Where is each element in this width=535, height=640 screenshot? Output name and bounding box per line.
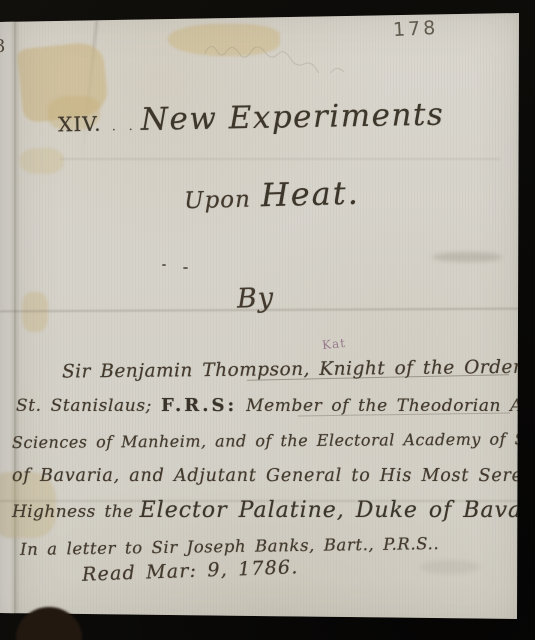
author-line-5: Highness theElector Palatine, Duke of Ba… bbox=[12, 498, 535, 523]
byline: By bbox=[236, 282, 274, 314]
paper-smudge bbox=[432, 252, 502, 262]
page-number: 178 bbox=[392, 17, 438, 41]
author-line-3: Sciences of Manheim, and of the Electora… bbox=[12, 429, 535, 452]
margin-mark: 3 bbox=[0, 36, 5, 57]
title-line: XIV.. .New Experiments bbox=[58, 97, 445, 140]
author-line-2: St. Stanislaus; F.R.S: Member of the The… bbox=[16, 395, 535, 416]
manuscript-page: 178 3 Kat XIV.. .New Experiments UponHea… bbox=[0, 0, 535, 640]
author-line-2-frs: F.R.S: bbox=[161, 395, 237, 416]
author-line-5-prefix: Highness the bbox=[12, 502, 134, 522]
read-date-line: Read Mar: 9, 1786. bbox=[82, 556, 299, 586]
letter-line: In a letter to Sir Joseph Banks, Bart., … bbox=[20, 534, 439, 559]
section-number: XIV. bbox=[58, 112, 102, 137]
ink-speck bbox=[183, 267, 188, 269]
fold-crease bbox=[60, 158, 500, 160]
pencil-annotation: Kat bbox=[321, 336, 346, 352]
paper-smudge bbox=[420, 560, 480, 574]
author-line-2-rest: Member of the Theodorian Academy of bbox=[246, 396, 535, 416]
manuscript-photo: 178 3 Kat XIV.. .New Experiments UponHea… bbox=[0, 0, 535, 640]
author-line-2-prefix: St. Stanislaus; bbox=[16, 396, 152, 416]
subtitle-line: UponHeat. bbox=[184, 174, 361, 217]
author-line-1: Sir Benjamin Thompson, Knight of the Ord… bbox=[62, 356, 535, 382]
tape-stain bbox=[20, 148, 64, 174]
author-line-4: of Bavaria, and Adjutant General to His … bbox=[12, 466, 535, 486]
faint-inscription bbox=[200, 28, 350, 73]
document-title: New Experiments bbox=[141, 97, 445, 138]
author-line-5-emphasis: Elector Palatine, Duke of Bavaria. — bbox=[140, 498, 535, 523]
subtitle-heat: Heat. bbox=[260, 174, 360, 215]
subtitle-upon: Upon bbox=[184, 187, 251, 215]
title-dots: . . bbox=[111, 118, 137, 134]
ink-speck bbox=[162, 264, 166, 266]
